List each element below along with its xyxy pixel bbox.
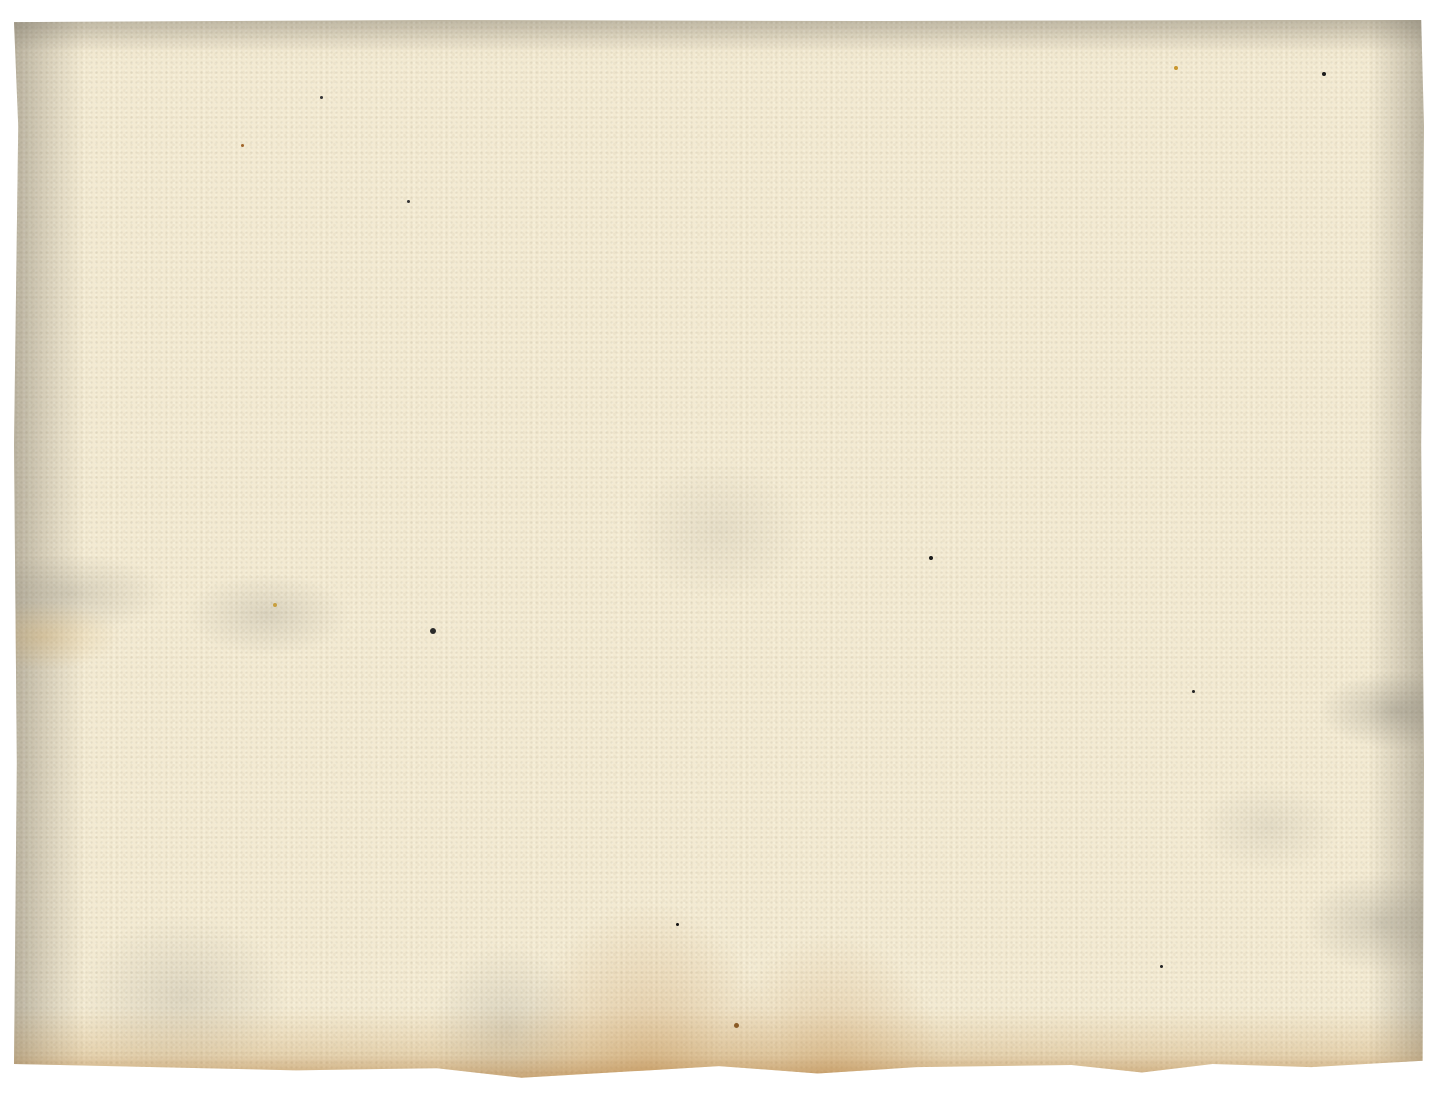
foxing-stain-bottom: [14, 20, 1424, 1082]
aged-paper-sheet: [14, 20, 1424, 1082]
edge-grime: [14, 20, 1424, 1082]
image-canvas: [0, 0, 1452, 1100]
paper-grain-texture: [14, 20, 1424, 1082]
grey-smudges: [14, 20, 1424, 1082]
